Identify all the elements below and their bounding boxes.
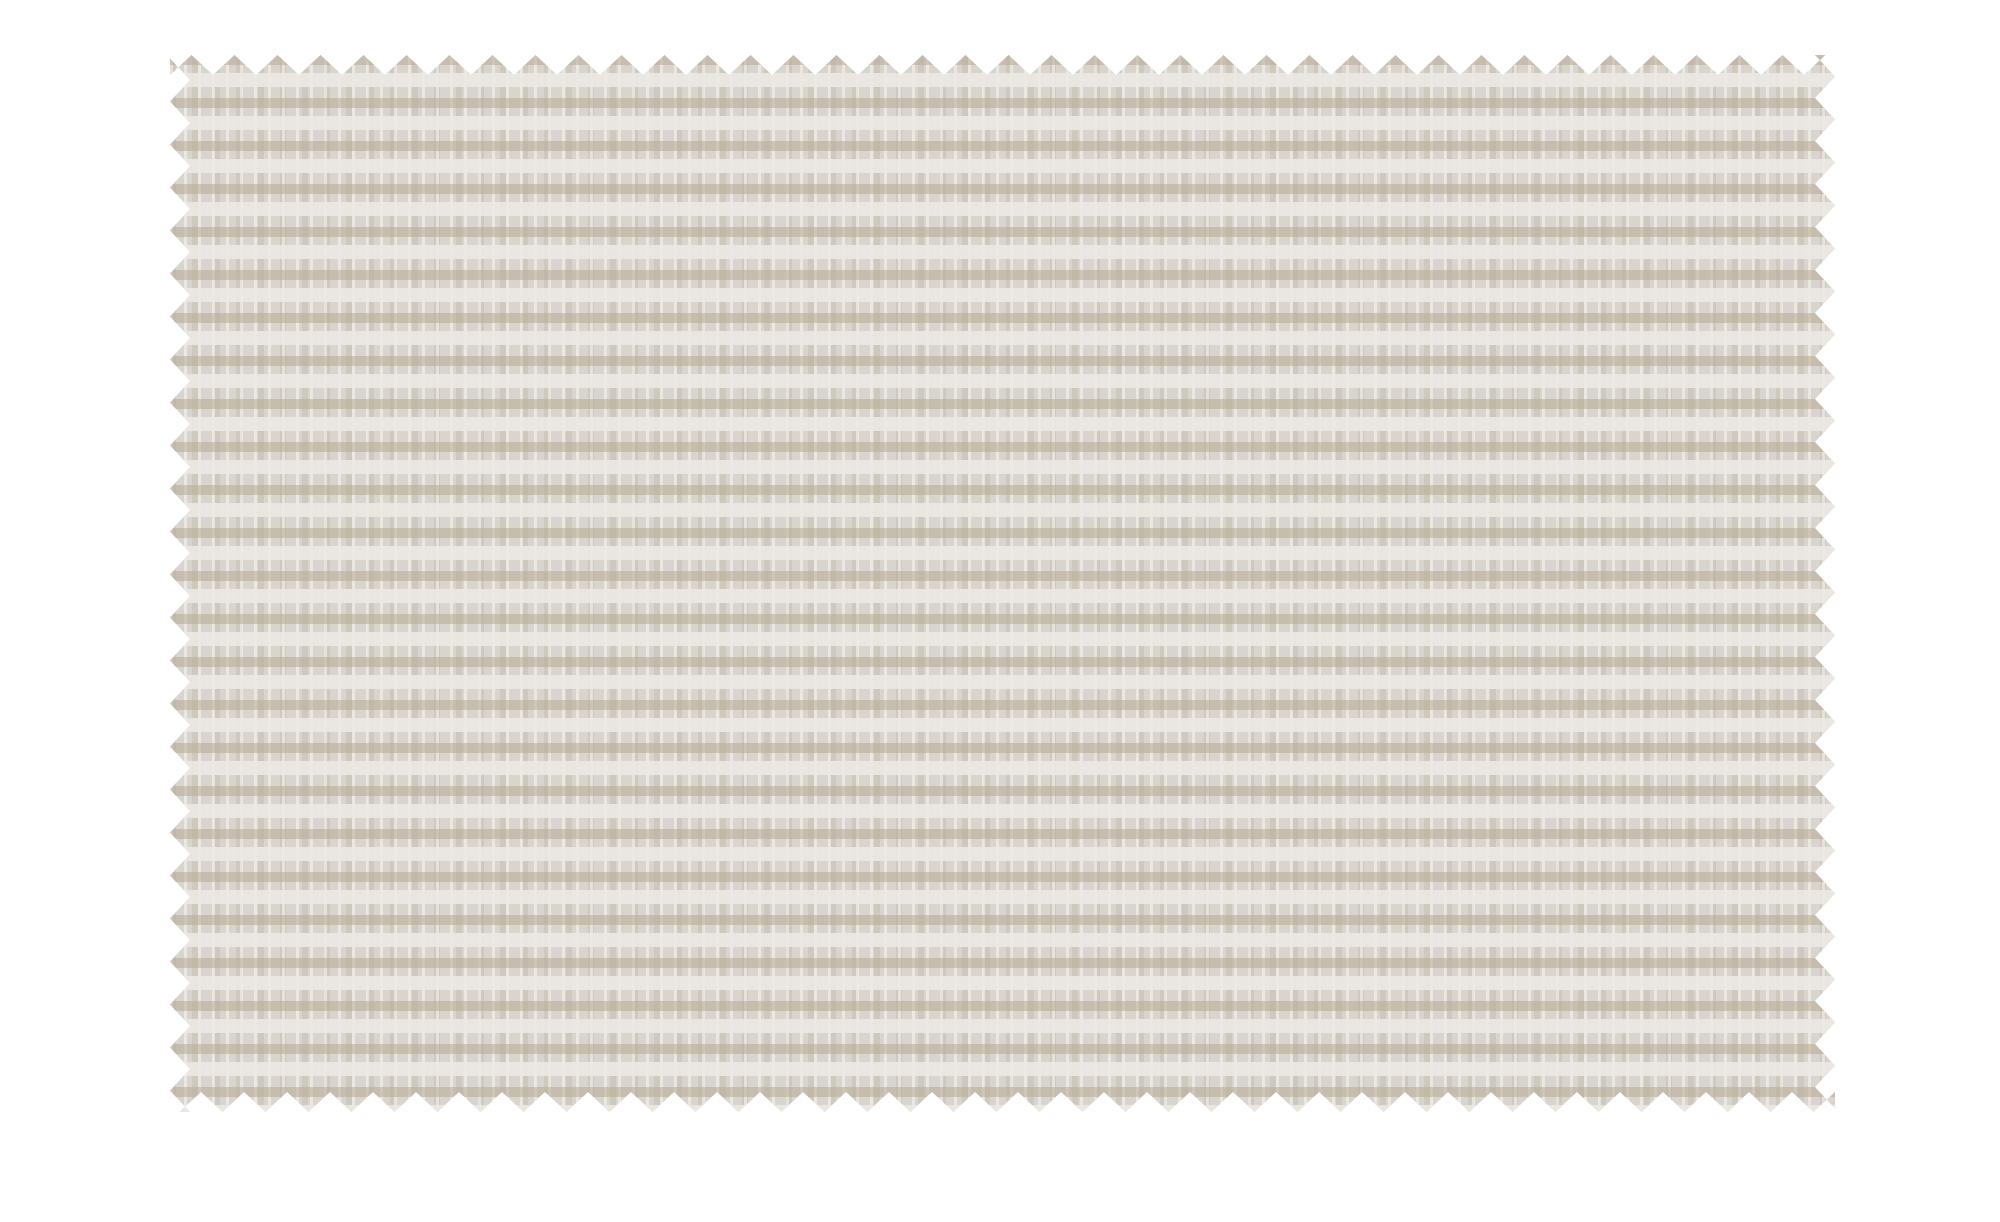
fabric-swatch: [170, 55, 1835, 1112]
